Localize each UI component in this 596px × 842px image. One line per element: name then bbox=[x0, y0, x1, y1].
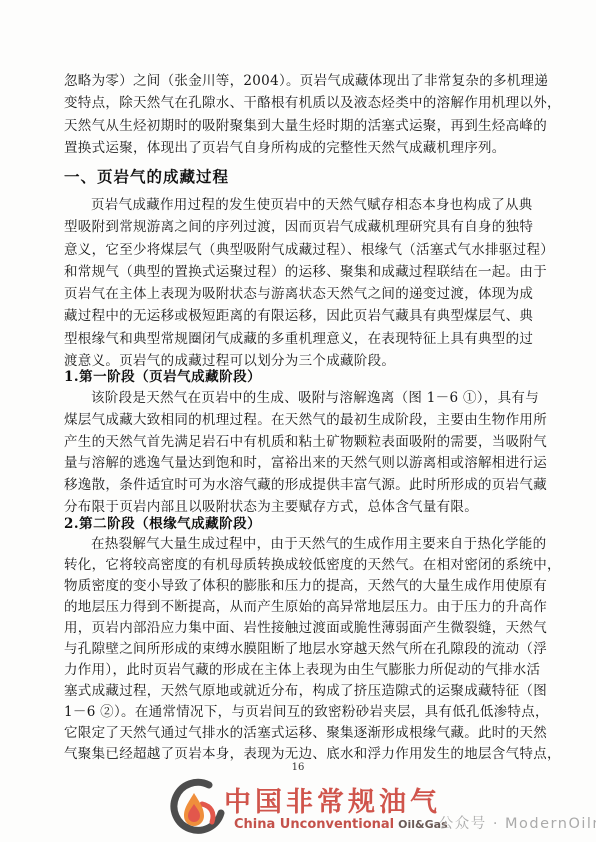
stage2-line: 它限定了天然气通过气排水的活塞式运移、聚集逐渐形成根缘气藏。此时的天然 bbox=[64, 723, 538, 744]
stage2-heading: 2.第二阶段（根缘气成藏阶段） bbox=[64, 512, 261, 532]
intro-paragraph: 忽略为零）之间（张金川等，2004）。页岩气成藏体现出了非常复杂的多机理递变特点… bbox=[64, 70, 538, 160]
overview-line: 藏过程中的无运移或极短距离的有限运移，因此页岩气藏具有典型煤层气、典 bbox=[64, 305, 538, 327]
stage2-line: 塞式成藏过程，天然气原地或就近分布，构成了挤压造隙式的运聚成藏特征（图 bbox=[64, 681, 538, 702]
stage1-line: 煤层气成藏大致相同的机理过程。在天然气的最初生成阶段，主要由生物作用所 bbox=[64, 410, 538, 432]
stage2-line: 用，页岩内部沿应力集中面、岩性接触过渡面或脆性薄弱面产生微裂缝，天然气 bbox=[64, 618, 538, 639]
page-number: 16 bbox=[0, 762, 596, 773]
overview-line: 页岩气在主体上表现为吸附状态与游离状态天然气之间的递变过渡，体现为成 bbox=[64, 283, 538, 305]
stage2-line: 力作用），此时页岩气藏的形成在主体上表现为由生气膨胀力所促动的气排水活 bbox=[64, 660, 538, 681]
intro-line: 天然气从生烃初期时的吸附聚集到大量生烃时期的活塞式运聚，再到生烃高峰的 bbox=[64, 115, 538, 137]
footer-brand-watermark: 中国非常规油气 China UnconventionalOil&Gas 公众号 … bbox=[160, 776, 560, 842]
overview-paragraph: 页岩气成藏作用过程的发生使页岩中的天然气赋存相态本身也构成了从典型吸附到常规游离… bbox=[64, 194, 538, 372]
stage2-line: 的地层压力得到不断提高，从而产生原始的高异常地层压力。由于压力的升高作 bbox=[64, 597, 538, 618]
overview-line: 型根缘气和典型常规圈闭气成藏的多重机理意义，在表现特征上具有典型的过 bbox=[64, 328, 538, 350]
intro-line: 忽略为零）之间（张金川等，2004）。页岩气成藏体现出了非常复杂的多机理递 bbox=[64, 70, 538, 92]
brand-name-en-row: China UnconventionalOil&Gas 公众号 · Modern… bbox=[234, 812, 596, 833]
brand-name-en: China Unconventional bbox=[234, 817, 394, 832]
stage2-line: 与孔隙壁之间所形成的束缚水膜阻断了地层水穿越天然气所在孔隙段的流动（浮 bbox=[64, 639, 538, 660]
stage2-line: 1－6 ②）。在通常情况下，与页岩间互的致密粉砂岩夹层，具有低孔低渗特点， bbox=[64, 702, 538, 723]
stage2-line: 物质密度的变小导致了体积的膨胀和压力的提高，天然气的大量生成作用使原有 bbox=[64, 576, 538, 597]
overview-line: 型吸附到常规游离之间的序列过渡，因而页岩气成藏机理研究具有自身的独特 bbox=[64, 216, 538, 238]
overview-line: 意义，它至少将煤层气（典型吸附气成藏过程）、根缘气（活塞式气水排驱过程） bbox=[64, 239, 538, 261]
flame-logo-icon bbox=[164, 778, 228, 842]
section-heading: 一、页岩气的成藏过程 bbox=[64, 165, 229, 187]
stage1-line: 产生的天然气首先满足岩石中有机质和粘土矿物颗粒表面吸附的需要，当吸附气 bbox=[64, 432, 538, 454]
overview-line: 页岩气成藏作用过程的发生使页岩中的天然气赋存相态本身也构成了从典 bbox=[64, 194, 538, 216]
stage2-line: 在热裂解气大量生成过程中，由于天然气的生成作用主要来自于热化学能的 bbox=[64, 534, 538, 555]
stage1-paragraph: 该阶段是天然气在页岩中的生成、吸附与溶解逸离（图 1－6 ①），具有与煤层气成藏… bbox=[64, 388, 538, 519]
intro-line: 变特点，除天然气在孔隙水、干酪根有机质以及液态烃类中的溶解作用机理以外， bbox=[64, 92, 538, 114]
intro-line: 置换式运聚，体现出了页岩气自身所构成的完整性天然气成藏机理序列。 bbox=[64, 137, 538, 159]
document-page: 忽略为零）之间（张金川等，2004）。页岩气成藏体现出了非常复杂的多机理递变特点… bbox=[0, 0, 596, 842]
stage2-paragraph: 在热裂解气大量生成过程中，由于天然气的生成作用主要来自于热化学能的转化，它将较高… bbox=[64, 534, 538, 765]
stage1-line: 该阶段是天然气在页岩中的生成、吸附与溶解逸离（图 1－6 ①），具有与 bbox=[64, 388, 538, 410]
stage1-heading: 1.第一阶段（页岩气成藏阶段） bbox=[64, 365, 261, 385]
stage2-line: 转化，它将较高密度的有机母质转换成较低密度的天然气。在相对密闭的系统中， bbox=[64, 555, 538, 576]
stage1-line: 移逸散，条件适宜时可为水溶气藏的形成提供丰富气源。此时所形成的页岩气藏 bbox=[64, 475, 538, 497]
stage1-line: 量与溶解的逃逸气量达到饱和时，富裕出来的天然气则以游离相或溶解相进行运 bbox=[64, 453, 538, 475]
overview-line: 和常规气（典型的置换式运聚过程）的运移、聚集和成藏过程联结在一起。由于 bbox=[64, 261, 538, 283]
wechat-account-label: 公众号 · ModernOilmen bbox=[439, 816, 596, 832]
